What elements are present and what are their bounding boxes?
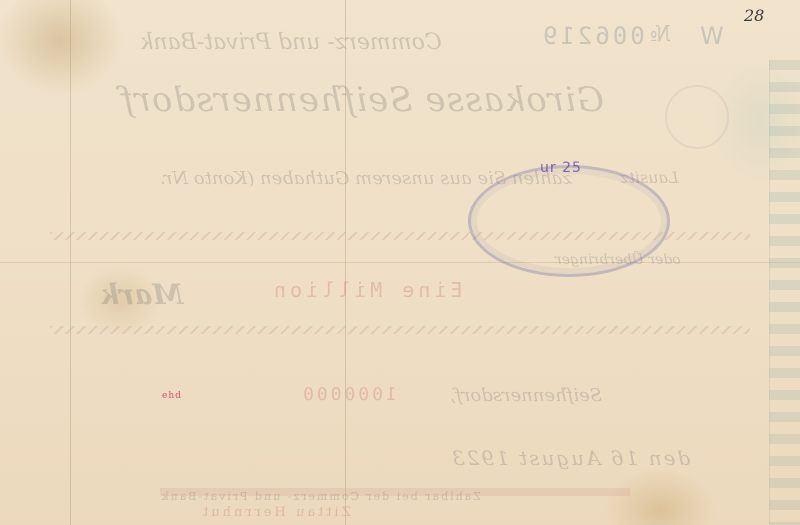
issue-date: den 16 August 1923 [450,446,690,470]
footer-text: Zittau Herrnhut [200,505,351,520]
pencil-annotation: 28 [744,6,764,25]
bank-title: Girokasse Seifhennersdorf [120,80,604,120]
bank-name-top: Commerz- und Privat-Bank [140,30,442,55]
amount-numeric: 1000000 [300,384,397,405]
place: Seifhennersdorf, [450,385,602,406]
oval-stamp [468,165,670,277]
footer-line: Zahlbar bei der Commerz- und Privat-Bank [160,490,481,503]
serial-number: 006219 [540,22,645,50]
document-sheet: W № 006219 Commerz- und Privat-Bank Giro… [0,0,800,525]
faint-seal [665,85,729,149]
number-sign: № [650,22,671,47]
series-letter: W [700,22,724,50]
stamp-ink-mark: ur 25 [540,160,582,176]
mark-label: Mark [100,278,183,311]
amount-words: Eine Million [270,278,463,302]
ornamental-border [769,60,800,525]
red-ink-mark: ehd [162,391,182,401]
wavy-line [50,326,750,334]
